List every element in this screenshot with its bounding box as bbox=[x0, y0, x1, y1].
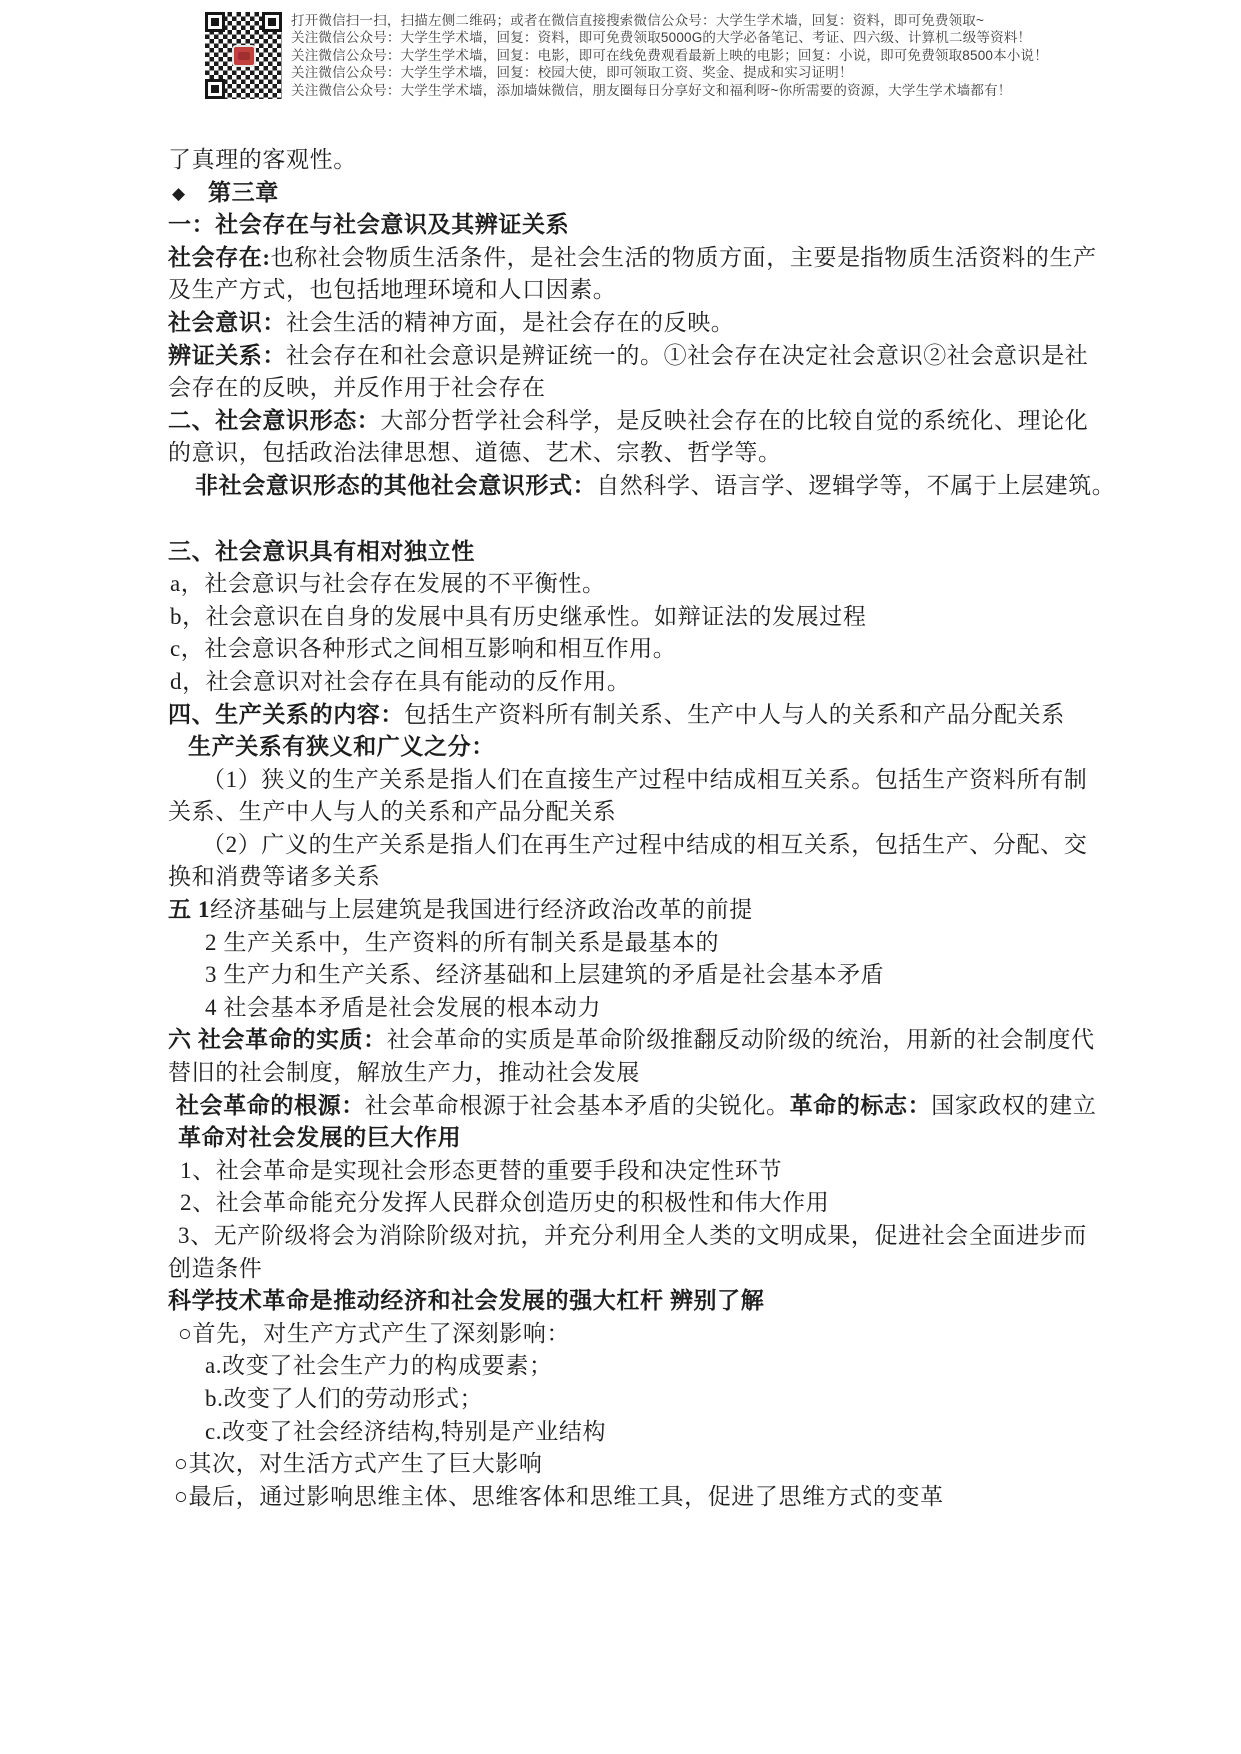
doc-line: 三、社会意识具有相对独立性 bbox=[168, 536, 1103, 569]
qr-finder-pattern bbox=[205, 12, 225, 32]
doc-line: c.改变了社会经济结构,特别是产业结构 bbox=[168, 1416, 1103, 1449]
doc-line: 四、生产关系的内容：包括生产资料所有制关系、生产中人与人的关系和产品分配关系 bbox=[168, 699, 1103, 732]
doc-line: 的意识，包括政治法律思想、道德、艺术、宗教、哲学等。 bbox=[168, 437, 1103, 470]
doc-text-bold: 第三章 bbox=[208, 180, 279, 205]
doc-text-bold: 非社会意识形态的其他社会意识形式： bbox=[195, 473, 596, 498]
doc-line: 辨证关系：社会存在和社会意识是辨证统一的。①社会存在决定社会意识②社会意识是社 bbox=[168, 340, 1103, 373]
diamond-bullet-icon: ◆ bbox=[172, 178, 208, 211]
header-promo-line: 打开微信扫一扫，扫描左侧二维码；或者在微信直接搜索微信公众号：大学生学术墙，回复… bbox=[291, 12, 1048, 29]
doc-line: 五 1经济基础与上层建筑是我国进行经济政治改革的前提 bbox=[168, 894, 1103, 927]
doc-line: b.改变了人们的劳动形式； bbox=[168, 1383, 1103, 1416]
doc-line: 2 生产关系中，生产资料的所有制关系是最基本的 bbox=[168, 927, 1103, 960]
doc-text: a.改变了社会生产力的构成要素； bbox=[205, 1353, 553, 1378]
doc-text: 2 生产关系中，生产资料的所有制关系是最基本的 bbox=[205, 930, 719, 955]
doc-text-bold: 革命的标志： bbox=[790, 1093, 932, 1118]
doc-text: 及生产方式，也包括地理环境和人口因素。 bbox=[168, 277, 616, 302]
doc-line: ○其次，对生活方式产生了巨大影响 bbox=[168, 1448, 1103, 1481]
document-body: 了真理的客观性。◆第三章一：社会存在与社会意识及其辨证关系社会存在:也称社会物质… bbox=[168, 144, 1103, 1513]
doc-line: 3 生产力和生产关系、经济基础和上层建筑的矛盾是社会基本矛盾 bbox=[168, 959, 1103, 992]
doc-text-bold: 生产关系有狭义和广义之分： bbox=[188, 734, 495, 759]
doc-text: ○首先，对生产方式产生了深刻影响： bbox=[178, 1321, 570, 1346]
doc-text: 社会革命根源于社会基本矛盾的尖锐化。 bbox=[365, 1093, 790, 1118]
doc-line: 4 社会基本矛盾是社会发展的根本动力 bbox=[168, 992, 1103, 1025]
doc-line: c，社会意识各种形式之间相互影响和相互作用。 bbox=[168, 633, 1103, 666]
doc-text: 了真理的客观性。 bbox=[168, 147, 357, 172]
doc-text: 经济基础与上层建筑是我国进行经济政治改革的前提 bbox=[210, 897, 753, 922]
doc-line: （1）狭义的生产关系是指人们在直接生产过程中结成相互关系。包括生产资料所有制 bbox=[168, 764, 1103, 797]
doc-line: 一：社会存在与社会意识及其辨证关系 bbox=[168, 209, 1103, 242]
doc-text: ○最后，通过影响思维主体、思维客体和思维工具，促进了思维方式的变革 bbox=[174, 1484, 944, 1509]
doc-text: c.改变了社会经济结构,特别是产业结构 bbox=[205, 1419, 606, 1444]
doc-line: 了真理的客观性。 bbox=[168, 144, 1103, 177]
doc-text: 创造条件 bbox=[168, 1256, 262, 1281]
doc-text: 2、社会革命能充分发挥人民群众创造历史的积极性和伟大作用 bbox=[180, 1190, 829, 1215]
doc-text-bold: 六 社会革命的实质： bbox=[168, 1027, 387, 1052]
doc-text-bold: 四、生产关系的内容： bbox=[168, 702, 404, 727]
doc-text: 社会生活的精神方面，是社会存在的反映。 bbox=[286, 310, 734, 335]
header-promo-line: 关注微信公众号：大学生学术墙，回复：校园大使，即可领取工资、奖金、提成和实习证明… bbox=[291, 64, 1048, 81]
doc-line: 换和消费等诸多关系 bbox=[168, 861, 1103, 894]
doc-line: 1、社会革命是实现社会形态更替的重要手段和决定性环节 bbox=[168, 1155, 1103, 1188]
doc-text: 大部分哲学社会科学，是反映社会存在的比较自觉的系统化、理论化 bbox=[380, 408, 1088, 433]
doc-text: （2）广义的生产关系是指人们在再生产过程中结成的相互关系，包括生产、分配、交 bbox=[202, 832, 1087, 857]
doc-text: b.改变了人们的劳动形式； bbox=[205, 1386, 483, 1411]
doc-text: 3、无产阶级将会为消除阶级对抗，并充分利用全人类的文明成果，促进社会全面进步而 bbox=[178, 1223, 1087, 1248]
qr-finder-pattern bbox=[262, 12, 282, 32]
doc-text: 社会革命的实质是革命阶级推翻反动阶级的统治，用新的社会制度代 bbox=[387, 1027, 1095, 1052]
doc-text-bold: 社会意识： bbox=[168, 310, 286, 335]
doc-line: 社会存在:也称社会物质生活条件，是社会生活的物质方面，主要是指物质生活资料的生产 bbox=[168, 242, 1103, 275]
doc-line: 替旧的社会制度，解放生产力，推动社会发展 bbox=[168, 1057, 1103, 1090]
doc-line: 六 社会革命的实质：社会革命的实质是革命阶级推翻反动阶级的统治，用新的社会制度代 bbox=[168, 1024, 1103, 1057]
doc-text-bold: 一：社会存在与社会意识及其辨证关系 bbox=[168, 212, 569, 237]
doc-text: b，社会意识在自身的发展中具有历史继承性。如辩证法的发展过程 bbox=[170, 604, 867, 629]
doc-text-bold: 科学技术革命是推动经济和社会发展的强大杠杆 辨别了解 bbox=[168, 1288, 764, 1313]
doc-text: 换和消费等诸多关系 bbox=[168, 864, 380, 889]
doc-line: ○最后，通过影响思维主体、思维客体和思维工具，促进了思维方式的变革 bbox=[168, 1481, 1103, 1514]
doc-line: 革命对社会发展的巨大作用 bbox=[168, 1122, 1103, 1155]
doc-text-bold: 社会革命的根源： bbox=[176, 1093, 365, 1118]
doc-text-bold: 辨证关系： bbox=[168, 343, 286, 368]
doc-line: 3、无产阶级将会为消除阶级对抗，并充分利用全人类的文明成果，促进社会全面进步而 bbox=[168, 1220, 1103, 1253]
doc-text: 3 生产力和生产关系、经济基础和上层建筑的矛盾是社会基本矛盾 bbox=[205, 962, 884, 987]
doc-text: c，社会意识各种形式之间相互影响和相互作用。 bbox=[170, 636, 676, 661]
doc-text-bold: 二、社会意识形态： bbox=[168, 408, 380, 433]
doc-text: 替旧的社会制度，解放生产力，推动社会发展 bbox=[168, 1060, 640, 1085]
doc-text-bold: 社会存在: bbox=[168, 245, 271, 270]
doc-line: ○首先，对生产方式产生了深刻影响： bbox=[168, 1318, 1103, 1351]
doc-line: 社会意识：社会生活的精神方面，是社会存在的反映。 bbox=[168, 307, 1103, 340]
doc-text: 4 社会基本矛盾是社会发展的根本动力 bbox=[205, 995, 601, 1020]
doc-line: （2）广义的生产关系是指人们在再生产过程中结成的相互关系，包括生产、分配、交 bbox=[168, 829, 1103, 862]
header-promo-text: 打开微信扫一扫，扫描左侧二维码；或者在微信直接搜索微信公众号：大学生学术墙，回复… bbox=[291, 12, 1048, 99]
header-promo-line: 关注微信公众号：大学生学术墙，回复：电影，即可在线免费观看最新上映的电影；回复：… bbox=[291, 47, 1048, 64]
doc-text: a，社会意识与社会存在发展的不平衡性。 bbox=[170, 571, 606, 596]
doc-text: 的意识，包括政治法律思想、道德、艺术、宗教、哲学等。 bbox=[168, 440, 782, 465]
doc-line: 会存在的反映，并反作用于社会存在 bbox=[168, 372, 1103, 405]
doc-text: 关系、生产中人与人的关系和产品分配关系 bbox=[168, 799, 616, 824]
doc-line: 非社会意识形态的其他社会意识形式：自然科学、语言学、逻辑学等，不属于上层建筑。 bbox=[168, 470, 1103, 503]
doc-line: 关系、生产中人与人的关系和产品分配关系 bbox=[168, 796, 1103, 829]
doc-line: a.改变了社会生产力的构成要素； bbox=[168, 1350, 1103, 1383]
qr-finder-pattern bbox=[205, 79, 225, 99]
doc-text: d，社会意识对社会存在具有能动的反作用。 bbox=[170, 669, 631, 694]
doc-text: ○其次，对生活方式产生了巨大影响 bbox=[174, 1451, 543, 1476]
doc-line: 社会革命的根源：社会革命根源于社会基本矛盾的尖锐化。革命的标志：国家政权的建立 bbox=[168, 1090, 1103, 1123]
doc-line: a，社会意识与社会存在发展的不平衡性。 bbox=[168, 568, 1103, 601]
doc-line: 2、社会革命能充分发挥人民群众创造历史的积极性和伟大作用 bbox=[168, 1187, 1103, 1220]
doc-text: 包括生产资料所有制关系、生产中人与人的关系和产品分配关系 bbox=[404, 702, 1065, 727]
qr-center-logo bbox=[232, 45, 256, 67]
header-promo-line: 关注微信公众号：大学生学术墙，回复：资料，即可免费领取5000G的大学必备笔记、… bbox=[291, 29, 1048, 46]
doc-text-bold: 五 1 bbox=[168, 897, 210, 922]
doc-text: 会存在的反映，并反作用于社会存在 bbox=[168, 375, 546, 400]
doc-text: 自然科学、语言学、逻辑学等，不属于上层建筑。 bbox=[596, 473, 1115, 498]
doc-text: 国家政权的建立 bbox=[931, 1093, 1096, 1118]
doc-line: b，社会意识在自身的发展中具有历史继承性。如辩证法的发展过程 bbox=[168, 601, 1103, 634]
doc-text-bold: 三、社会意识具有相对独立性 bbox=[168, 539, 475, 564]
doc-text: 1、社会革命是实现社会形态更替的重要手段和决定性环节 bbox=[180, 1158, 782, 1183]
doc-line: 及生产方式，也包括地理环境和人口因素。 bbox=[168, 274, 1103, 307]
wechat-qr-code-icon bbox=[205, 12, 282, 99]
doc-text: 也称社会物质生活条件，是社会生活的物质方面，主要是指物质生活资料的生产 bbox=[271, 245, 1097, 270]
doc-line: 创造条件 bbox=[168, 1253, 1103, 1286]
doc-line: 生产关系有狭义和广义之分： bbox=[168, 731, 1103, 764]
doc-text: 社会存在和社会意识是辨证统一的。①社会存在决定社会意识②社会意识是社 bbox=[286, 343, 1088, 368]
doc-text-bold: 革命对社会发展的巨大作用 bbox=[178, 1125, 461, 1150]
doc-line: 二、社会意识形态：大部分哲学社会科学，是反映社会存在的比较自觉的系统化、理论化 bbox=[168, 405, 1103, 438]
doc-line: ◆第三章 bbox=[168, 177, 1103, 210]
doc-line: d，社会意识对社会存在具有能动的反作用。 bbox=[168, 666, 1103, 699]
header-promo-line: 关注微信公众号：大学生学术墙，添加墙妹微信，朋友圈每日分享好文和福利呀~你所需要… bbox=[291, 82, 1048, 99]
document-page: 打开微信扫一扫，扫描左侧二维码；或者在微信直接搜索微信公众号：大学生学术墙，回复… bbox=[0, 0, 1241, 1754]
doc-line: 科学技术革命是推动经济和社会发展的强大杠杆 辨别了解 bbox=[168, 1285, 1103, 1318]
doc-text: （1）狭义的生产关系是指人们在直接生产过程中结成相互关系。包括生产资料所有制 bbox=[202, 767, 1087, 792]
